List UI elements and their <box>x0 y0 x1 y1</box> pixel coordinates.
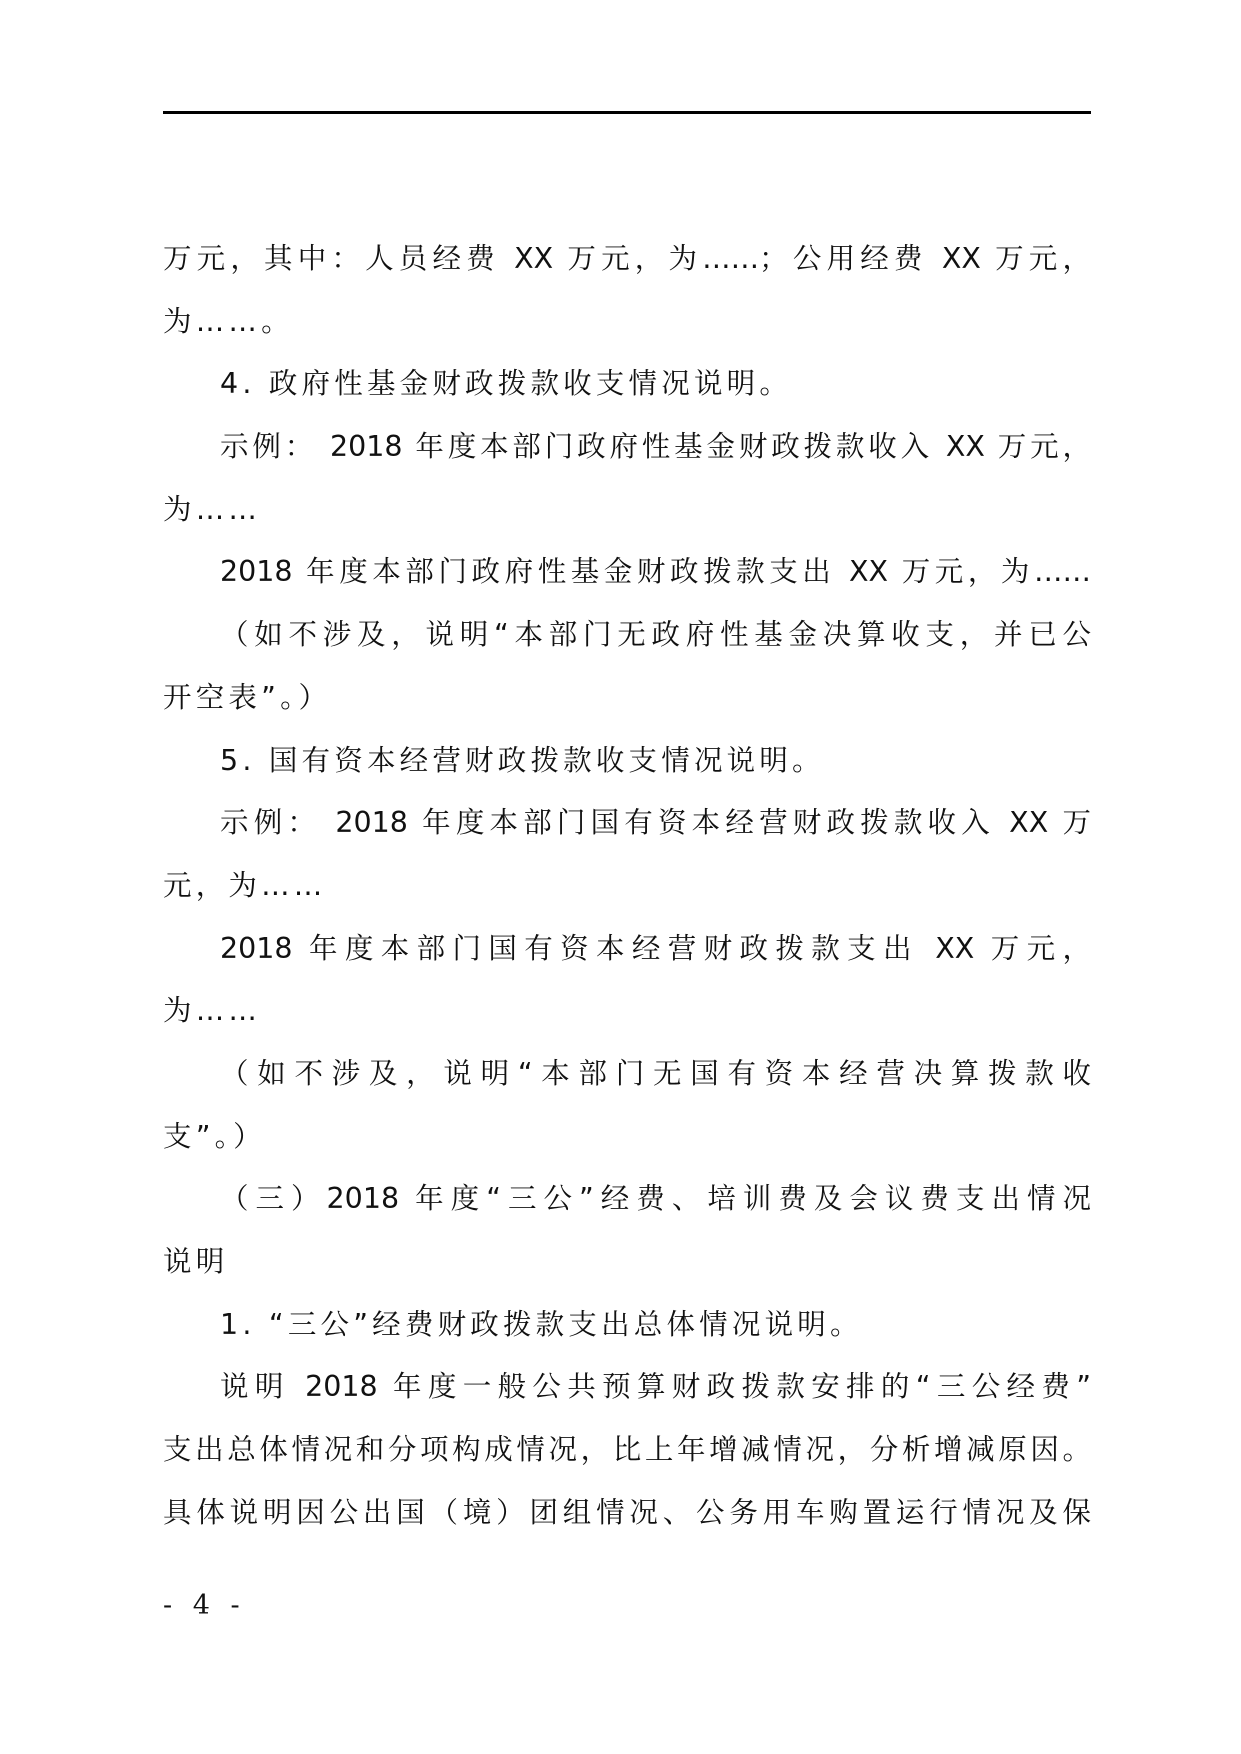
text-line: 示例： 2018 年度本部门政府性基金财政拨款收入 XX 万元， <box>163 416 1091 479</box>
text-line: 开空表”。） <box>163 667 1091 730</box>
text-line: （如不涉及，说明“本部门无国有资本经营决算拨款收 <box>163 1043 1091 1106</box>
text-line: 4. 政府性基金财政拨款收支情况说明。 <box>163 353 1091 416</box>
text-line: 元，为…… <box>163 855 1091 918</box>
page-number: - 4 - <box>163 1590 246 1621</box>
text-line: 2018 年度本部门国有资本经营财政拨款支出 XX 万元， <box>163 918 1091 981</box>
text-line: （三）2018 年度“三公”经费、培训费及会议费支出情况 <box>163 1168 1091 1231</box>
text-line: 1. “三公”经费财政拨款支出总体情况说明。 <box>163 1294 1091 1357</box>
text-line: 示例： 2018 年度本部门国有资本经营财政拨款收入 XX 万 <box>163 792 1091 855</box>
text-line: 5. 国有资本经营财政拨款收支情况说明。 <box>163 730 1091 793</box>
text-line: 支出总体情况和分项构成情况，比上年增减情况，分析增减原因。 <box>163 1419 1091 1482</box>
text-line: 为…… <box>163 980 1091 1043</box>
text-line: 说明 <box>163 1231 1091 1294</box>
text-line: 具体说明因公出国（境）团组情况、公务用车购置运行情况及保 <box>163 1482 1091 1545</box>
text-line: 2018 年度本部门政府性基金财政拨款支出 XX 万元，为…… <box>163 541 1091 604</box>
document-body: 万元，其中：人员经费 XX 万元，为……；公用经费 XX 万元， 为……。 4.… <box>163 228 1091 1544</box>
text-line: 为…… <box>163 479 1091 542</box>
header-rule <box>163 111 1091 114</box>
text-line: 支”。） <box>163 1106 1091 1169</box>
text-line: 为……。 <box>163 291 1091 354</box>
text-line: （如不涉及，说明“本部门无政府性基金决算收支，并已公 <box>163 604 1091 667</box>
text-line: 万元，其中：人员经费 XX 万元，为……；公用经费 XX 万元， <box>163 228 1091 291</box>
text-line: 说明 2018 年度一般公共预算财政拨款安排的“三公经费” <box>163 1356 1091 1419</box>
